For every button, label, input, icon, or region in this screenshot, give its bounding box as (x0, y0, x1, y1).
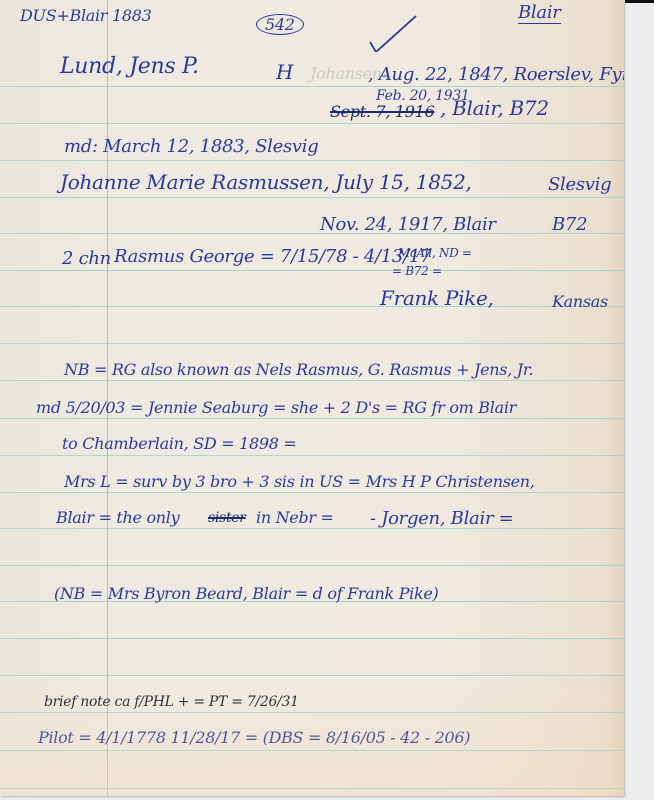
ruled-line (0, 270, 624, 271)
child-1: Rasmus George = 7/15/78 - 4/13/17 (114, 246, 431, 267)
ruled-line (0, 233, 624, 234)
ruled-line (0, 455, 624, 456)
parenthetical-note: (NB = Mrs Byron Beard, Blair = d of Fran… (54, 584, 439, 603)
marriage-info: md: March 12, 1883, Slesvig (64, 136, 318, 157)
spouse-birthplace: Slesvig (548, 174, 611, 195)
ruled-line (0, 712, 624, 713)
child-1-note-top: McAll, ND = (398, 246, 472, 260)
ruled-line (0, 123, 624, 124)
note-line-4: Mrs L = surv by 3 bro + 3 sis in US = Mr… (64, 472, 535, 491)
ruled-line (0, 160, 624, 161)
birth-info: , Aug. 22, 1847, Roerslev, Fyn (368, 64, 624, 85)
checkmark-icon (368, 12, 418, 52)
child-2: Frank Pike, (380, 286, 494, 310)
note-line-2: md 5/20/03 = Jennie Seaburg = she + 2 D'… (36, 398, 516, 417)
ruled-line (0, 565, 624, 566)
ruled-line (0, 197, 624, 198)
struck-word: sister (208, 510, 246, 526)
spouse-burial: B72 (552, 214, 587, 235)
scan-edge (625, 0, 654, 3)
ruled-line (0, 638, 624, 639)
ruled-line (0, 306, 624, 307)
child-1-note-bottom: = B72 = (392, 264, 442, 278)
note-line-3: to Chamberlain, SD = 1898 = (62, 434, 297, 453)
death-place: , Blair, B72 (440, 96, 549, 120)
ruled-line (0, 750, 624, 751)
brief-note: brief note ca f/PHL + = PT = 7/26/31 (44, 694, 299, 710)
notebook-page: DUS+Blair 1883 542 Blair Lund, Jens P. H… (0, 0, 624, 796)
page-number: 542 (256, 14, 304, 35)
ruled-line (0, 788, 624, 789)
note-line-1: NB = RG also known as Nels Rasmus, G. Ra… (64, 360, 533, 379)
note-line-5c: - Jorgen, Blair = (370, 508, 513, 529)
spouse-name: Johanne Marie Rasmussen, July 15, 1852, (60, 170, 472, 194)
death-date-struck: Sept. 7, 1916 (330, 102, 434, 121)
ruled-line (0, 492, 624, 493)
header-top-right: Blair (518, 2, 561, 24)
ruled-line (0, 380, 624, 381)
entry-name-suffix: H (276, 60, 293, 84)
pilot-line: Pilot = 4/1/1778 11/28/17 = (DBS = 8/16/… (38, 728, 470, 747)
ruled-line (0, 418, 624, 419)
header-top-left: DUS+Blair 1883 (20, 6, 151, 25)
ruled-line (0, 528, 624, 529)
note-line-5b: in Nebr = (256, 508, 334, 527)
ruled-line (0, 675, 624, 676)
ruled-line (0, 343, 624, 344)
entry-name: Lund, Jens P. (60, 54, 199, 79)
spouse-death: Nov. 24, 1917, Blair (320, 214, 496, 235)
note-line-5a: Blair = the only (56, 508, 179, 527)
children-prefix: 2 chn (62, 248, 111, 269)
ruled-line (0, 86, 624, 87)
child-2-place: Kansas (552, 292, 608, 311)
